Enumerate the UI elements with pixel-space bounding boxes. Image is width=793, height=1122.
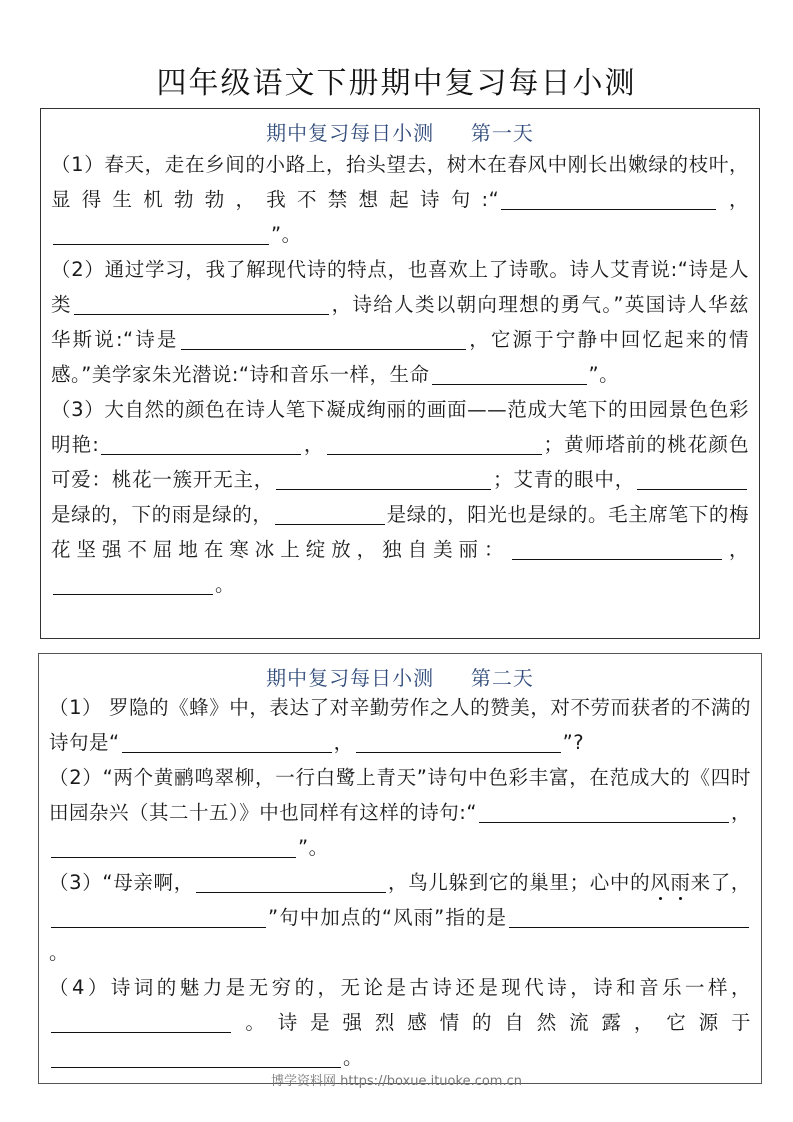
page-title: 四年级语文下册期中复习每日小测 [0,58,793,102]
question-2: （2）“两个黄鹂鸣翠柳，一行白鹭上青天”诗句中色彩丰富，在范成大的《四时田园杂兴… [49,760,751,865]
question-number: （3） [51,398,104,421]
answer-blank[interactable] [432,362,587,385]
answer-blank[interactable] [101,432,301,455]
answer-blank[interactable] [637,467,747,490]
answer-blank[interactable] [53,572,213,595]
question-2: （2）通过学习，我了解现代诗的特点，也喜欢上了诗歌。诗人艾青说:“诗是人类，诗给… [51,252,749,392]
question-number: （1） [49,696,102,719]
watermark: 博学资料网 https://boxue.ituoke.com.cn [0,1070,793,1089]
question-number: （4） [49,976,111,999]
answer-blank[interactable] [51,835,296,858]
question-number: （2） [49,766,103,789]
answer-blank[interactable] [327,432,542,455]
question-number: （1） [51,153,104,176]
question-number: （3） [49,871,102,894]
answer-blank[interactable] [512,537,722,560]
answer-blank[interactable] [501,187,716,210]
question-3: （3）大自然的颜色在诗人笔下凝成绚丽的画面——范成大笔下的田园景色色彩明艳:，；… [51,392,749,602]
answer-blank[interactable] [51,905,266,928]
answer-blank[interactable] [74,292,329,315]
answer-blank[interactable] [51,1010,231,1033]
answer-blank[interactable] [509,905,749,928]
answer-blank[interactable] [356,730,561,753]
day-2-heading: 期中复习每日小测 第二天 [49,654,751,690]
answer-blank[interactable] [53,222,269,245]
question-number: （2） [51,258,105,281]
emphasis-dot-char: 雨 [670,871,690,894]
question-4: （4）诗词的魅力是无穷的，无论是古诗还是现代诗，诗和音乐一样，。诗是强烈感情的自… [49,970,751,1075]
question-3: （3）“母亲啊，，鸟儿躲到它的巢里；心中的风雨来了，”句中加点的“风雨”指的是。 [49,865,751,970]
day-1-heading: 期中复习每日小测 第一天 [51,109,749,147]
emphasis-dot-char: 风 [650,871,670,894]
question-1: （1）春天，走在乡间的小路上，抬头望去，树木在春风中刚长出嫩绿的枝叶，显得生机勃… [51,147,749,252]
question-1: （1） 罗隐的《蜂》中，表达了对辛勤劳作之人的赞美，对不劳而获者的不满的诗句是“… [49,690,751,760]
answer-blank[interactable] [196,870,386,893]
quiz-day-2: 期中复习每日小测 第二天 （1） 罗隐的《蜂》中，表达了对辛勤劳作之人的赞美，对… [38,653,762,1084]
answer-blank[interactable] [51,1045,341,1068]
answer-blank[interactable] [122,730,332,753]
answer-blank[interactable] [275,502,385,525]
answer-blank[interactable] [276,467,491,490]
quiz-day-1: 期中复习每日小测 第一天 （1）春天，走在乡间的小路上，抬头望去，树木在春风中刚… [40,108,760,639]
answer-blank[interactable] [181,327,466,350]
answer-blank[interactable] [479,800,729,823]
